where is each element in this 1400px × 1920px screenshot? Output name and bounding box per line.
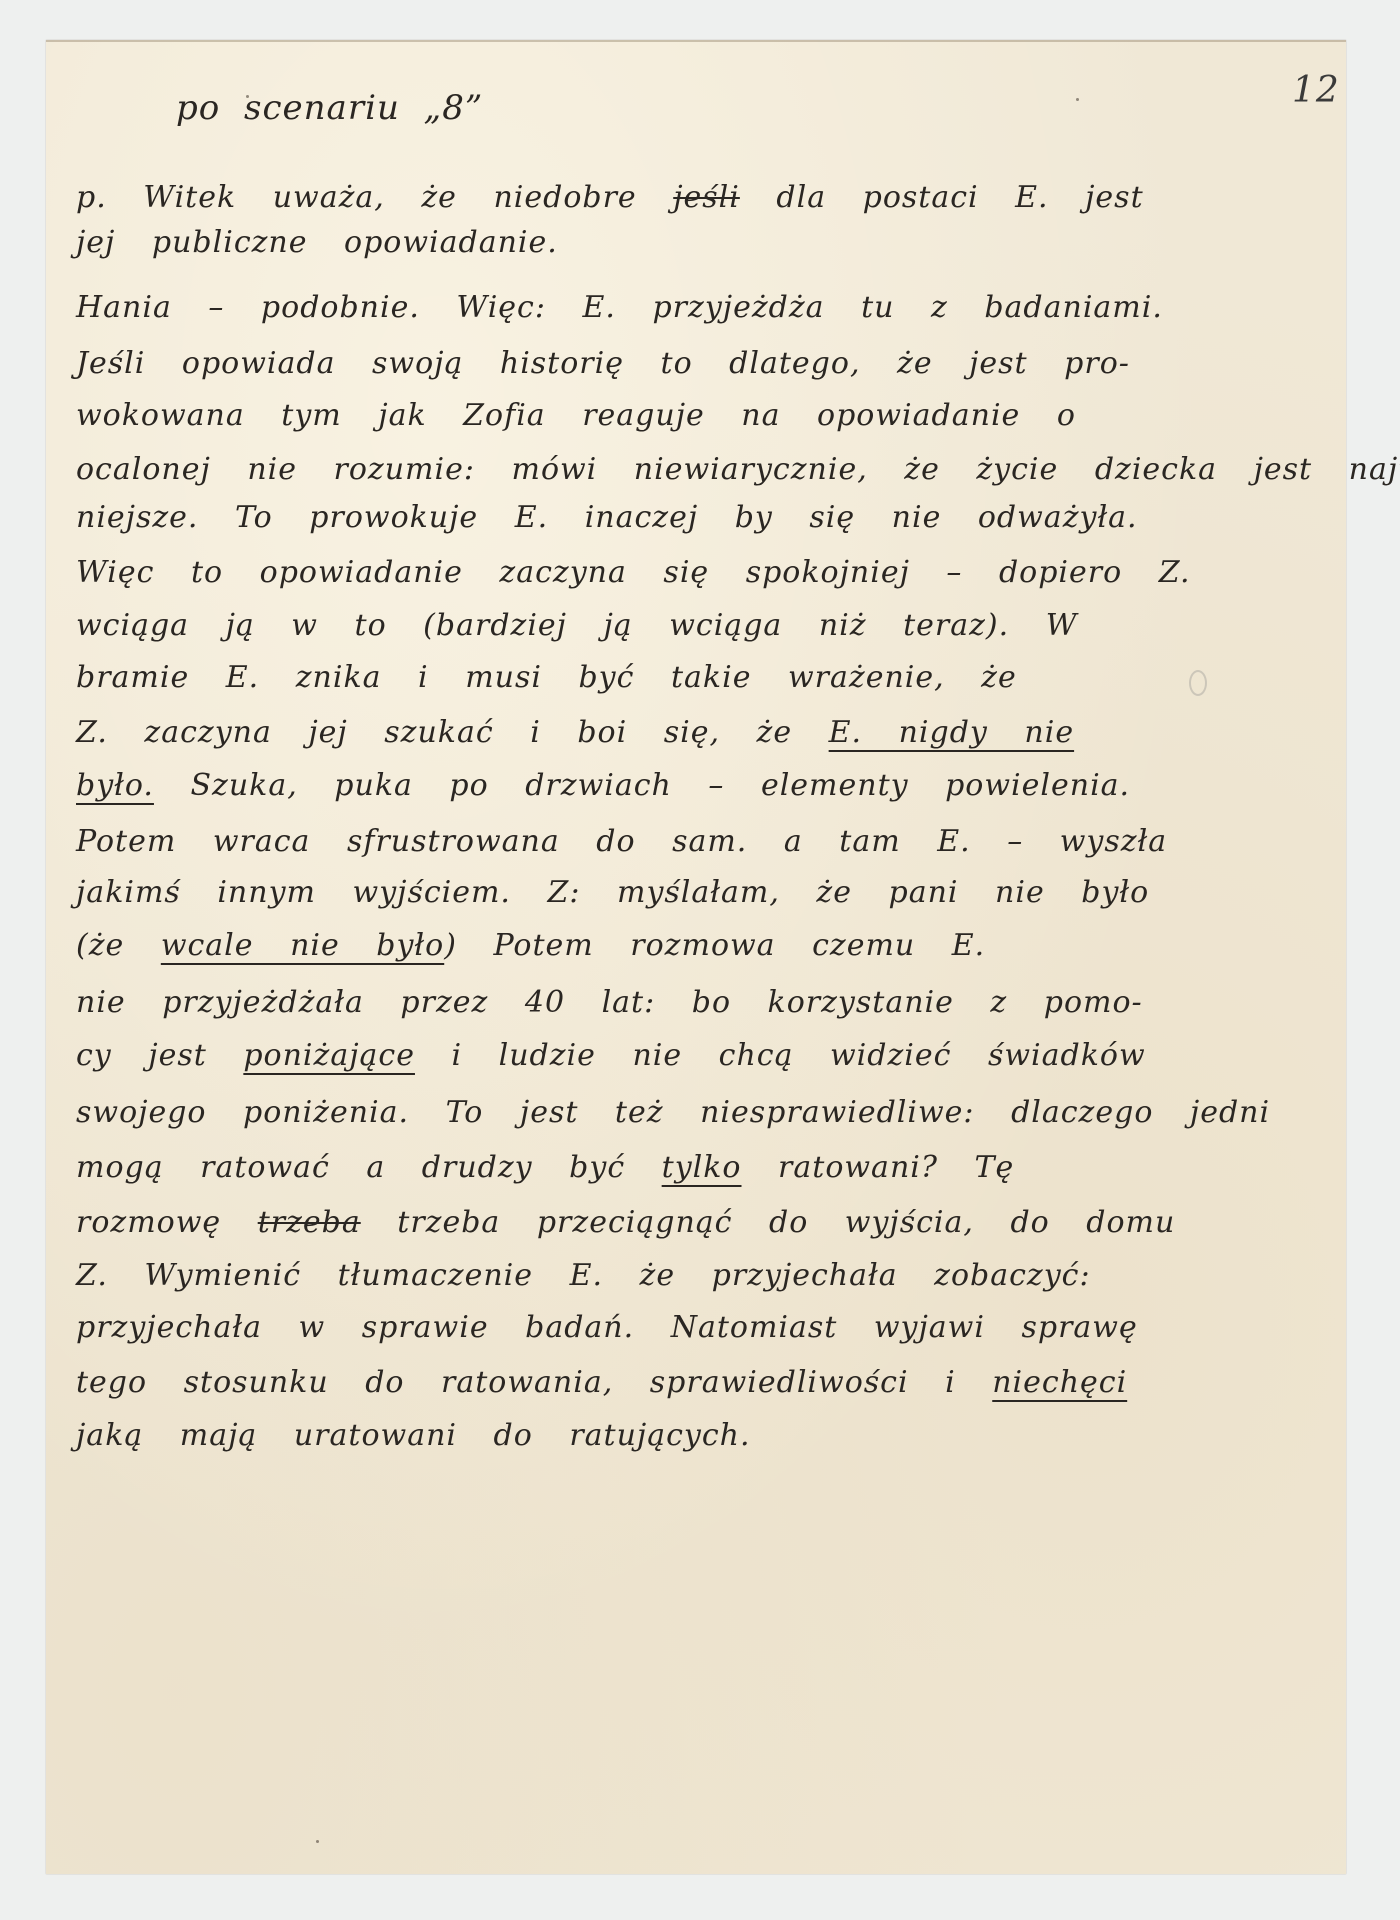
page-number: 12 xyxy=(1292,70,1340,111)
line-text: cy jest xyxy=(76,1038,243,1073)
paper-top-edge xyxy=(46,40,1346,42)
underlined-phrase: E. nigdy nie xyxy=(829,715,1074,750)
paper-speck xyxy=(246,95,249,98)
line-text: (że xyxy=(76,928,161,963)
handwritten-line: ocalonej nie rozumie: mówi niewiarycznie… xyxy=(76,452,1326,487)
scanned-page: po scenariu „8” 12 p. Witek uważa, że ni… xyxy=(0,0,1400,1920)
handwritten-line: Z. Wymienić tłumaczenie E. że przyjechał… xyxy=(76,1258,1326,1293)
line-text: niejsze. To prowokuje E. inaczej by się … xyxy=(76,500,1138,535)
line-text: swojego poniżenia. To jest też niesprawi… xyxy=(76,1095,1270,1130)
line-text: trzeba przeciągnąć do wyjścia, do domu xyxy=(361,1205,1176,1240)
struck-out-word: jeśli xyxy=(673,180,740,215)
line-text: ocalonej nie rozumie: mówi niewiarycznie… xyxy=(76,452,1400,487)
handwritten-line: cy jest poniżające i ludzie nie chcą wid… xyxy=(76,1038,1326,1073)
handwritten-line: (że wcale nie było) Potem rozmowa czemu … xyxy=(76,928,1326,963)
handwritten-line: p. Witek uważa, że niedobre jeśli dla po… xyxy=(76,180,1326,215)
handwritten-line: jakimś innym wyjściem. Z: myślałam, że p… xyxy=(76,875,1326,910)
handwritten-line: Jeśli opowiada swoją historię to dlatego… xyxy=(76,346,1326,381)
handwritten-line: rozmowę trzeba trzeba przeciągnąć do wyj… xyxy=(76,1205,1326,1240)
line-text: jej publiczne opowiadanie. xyxy=(76,225,558,260)
manuscript-paper: po scenariu „8” 12 p. Witek uważa, że ni… xyxy=(46,40,1346,1874)
line-text: jakimś innym wyjściem. Z: myślałam, że p… xyxy=(76,875,1149,910)
line-text: wciąga ją w to (bardziej ją wciąga niż t… xyxy=(76,608,1078,643)
line-text: ratowani? Tę xyxy=(742,1150,1015,1185)
line-text: jaką mają uratowani do ratujących. xyxy=(76,1418,751,1453)
handwritten-line: jaką mają uratowani do ratujących. xyxy=(76,1418,1326,1453)
handwritten-line: tego stosunku do ratowania, sprawiedliwo… xyxy=(76,1365,1326,1400)
line-text: mogą ratować a drudzy być xyxy=(76,1150,662,1185)
handwritten-line: Potem wraca sfrustrowana do sam. a tam E… xyxy=(76,824,1326,859)
line-text: Więc to opowiadanie zaczyna się spokojni… xyxy=(76,555,1191,590)
handwritten-line: wokowana tym jak Zofia reaguje na opowia… xyxy=(76,398,1326,433)
line-text: ) Potem rozmowa czemu E. xyxy=(444,928,985,963)
handwritten-line: bramie E. znika i musi być takie wrażeni… xyxy=(76,660,1326,695)
underlined-phrase: tylko xyxy=(662,1150,742,1185)
handwritten-line: Więc to opowiadanie zaczyna się spokojni… xyxy=(76,555,1326,590)
underlined-phrase: wcale nie było xyxy=(161,928,444,963)
paper-speck xyxy=(316,1840,319,1843)
handwritten-line: mogą ratować a drudzy być tylko ratowani… xyxy=(76,1150,1326,1185)
handwritten-line: jej publiczne opowiadanie. xyxy=(76,225,1326,260)
line-text: dla postaci E. jest xyxy=(740,180,1144,215)
line-text: rozmowę xyxy=(76,1205,258,1240)
line-text: i ludzie nie chcą widzieć świadków xyxy=(415,1038,1146,1073)
handwritten-line: niejsze. To prowokuje E. inaczej by się … xyxy=(76,500,1326,535)
underlined-phrase: poniżające xyxy=(243,1038,415,1073)
line-text: Z. zaczyna jej szukać i boi się, że xyxy=(76,715,829,750)
handwritten-line: swojego poniżenia. To jest też niesprawi… xyxy=(76,1095,1326,1130)
line-text: Potem wraca sfrustrowana do sam. a tam E… xyxy=(76,824,1167,859)
handwritten-line: nie przyjeżdżała przez 40 lat: bo korzys… xyxy=(76,985,1326,1020)
handwritten-line: Hania – podobnie. Więc: E. przyjeżdża tu… xyxy=(76,290,1326,325)
line-text: Jeśli opowiada swoją historię to dlatego… xyxy=(76,346,1130,381)
handwritten-line: przyjechała w sprawie badań. Natomiast w… xyxy=(76,1310,1326,1345)
underlined-phrase: niechęci xyxy=(992,1365,1127,1400)
line-text: p. Witek uważa, że niedobre xyxy=(76,180,673,215)
paper-speck xyxy=(1076,98,1079,101)
struck-out-word: trzeba xyxy=(258,1205,361,1240)
line-text: Szuka, puka po drzwiach – elementy powie… xyxy=(154,768,1130,803)
line-text: Z. Wymienić tłumaczenie E. że przyjechał… xyxy=(76,1258,1091,1293)
handwritten-line: wciąga ją w to (bardziej ją wciąga niż t… xyxy=(76,608,1326,643)
line-text: nie przyjeżdżała przez 40 lat: bo korzys… xyxy=(76,985,1143,1020)
line-text: Hania – podobnie. Więc: E. przyjeżdża tu… xyxy=(76,290,1163,325)
handwritten-line: było. Szuka, puka po drzwiach – elementy… xyxy=(76,768,1326,803)
underlined-phrase: było. xyxy=(76,768,154,803)
line-text: tego stosunku do ratowania, sprawiedliwo… xyxy=(76,1365,992,1400)
line-text: przyjechała w sprawie badań. Natomiast w… xyxy=(76,1310,1138,1345)
handwritten-line: Z. zaczyna jej szukać i boi się, że E. n… xyxy=(76,715,1326,750)
line-text: wokowana tym jak Zofia reaguje na opowia… xyxy=(76,398,1076,433)
header-note: po scenariu „8” xyxy=(176,88,483,128)
line-text: bramie E. znika i musi być takie wrażeni… xyxy=(76,660,1017,695)
